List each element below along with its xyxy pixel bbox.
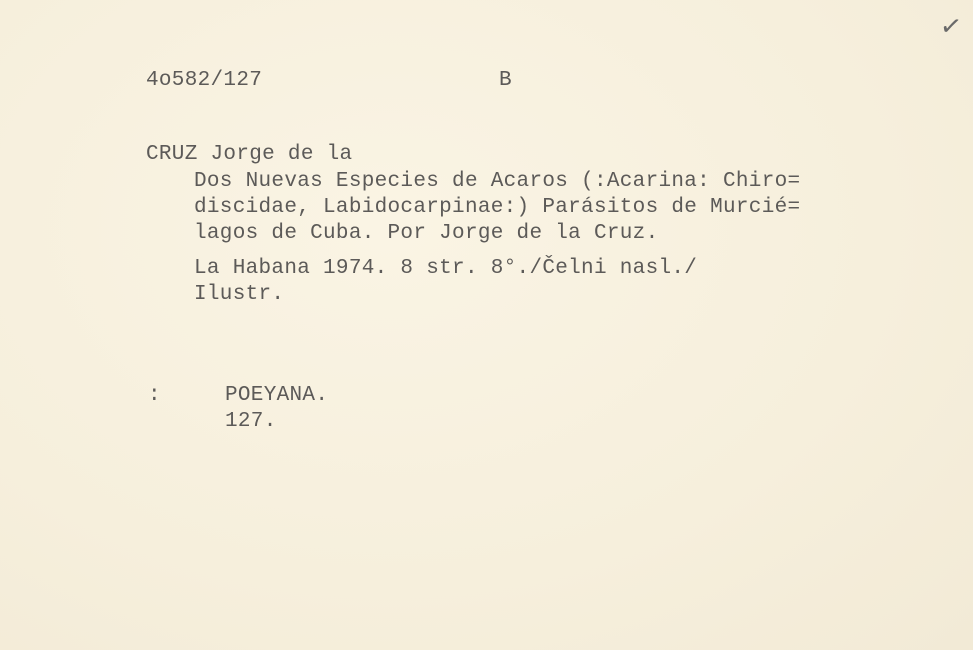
call-number: 4o582/127 [146, 68, 262, 94]
catalog-card: ✓ 4o582/127 B CRUZ Jorge de la Dos Nueva… [0, 0, 973, 650]
series-title: POEYANA. [225, 383, 328, 409]
title-line-2: discidae, Labidocarpinae:) Parásitos de … [194, 195, 800, 221]
series-number: 127. [225, 409, 277, 435]
series-marker: : [148, 383, 161, 409]
check-mark-icon: ✓ [938, 11, 964, 44]
imprint-line-2: Ilustr. [194, 282, 284, 308]
imprint-line-1: La Habana 1974. 8 str. 8°./Čelni nasl./ [194, 256, 697, 282]
location-code: B [499, 68, 512, 94]
author-heading: CRUZ Jorge de la [146, 142, 352, 168]
title-line-1: Dos Nuevas Especies de Acaros (:Acarina:… [194, 169, 800, 195]
title-line-3: lagos de Cuba. Por Jorge de la Cruz. [194, 221, 658, 247]
